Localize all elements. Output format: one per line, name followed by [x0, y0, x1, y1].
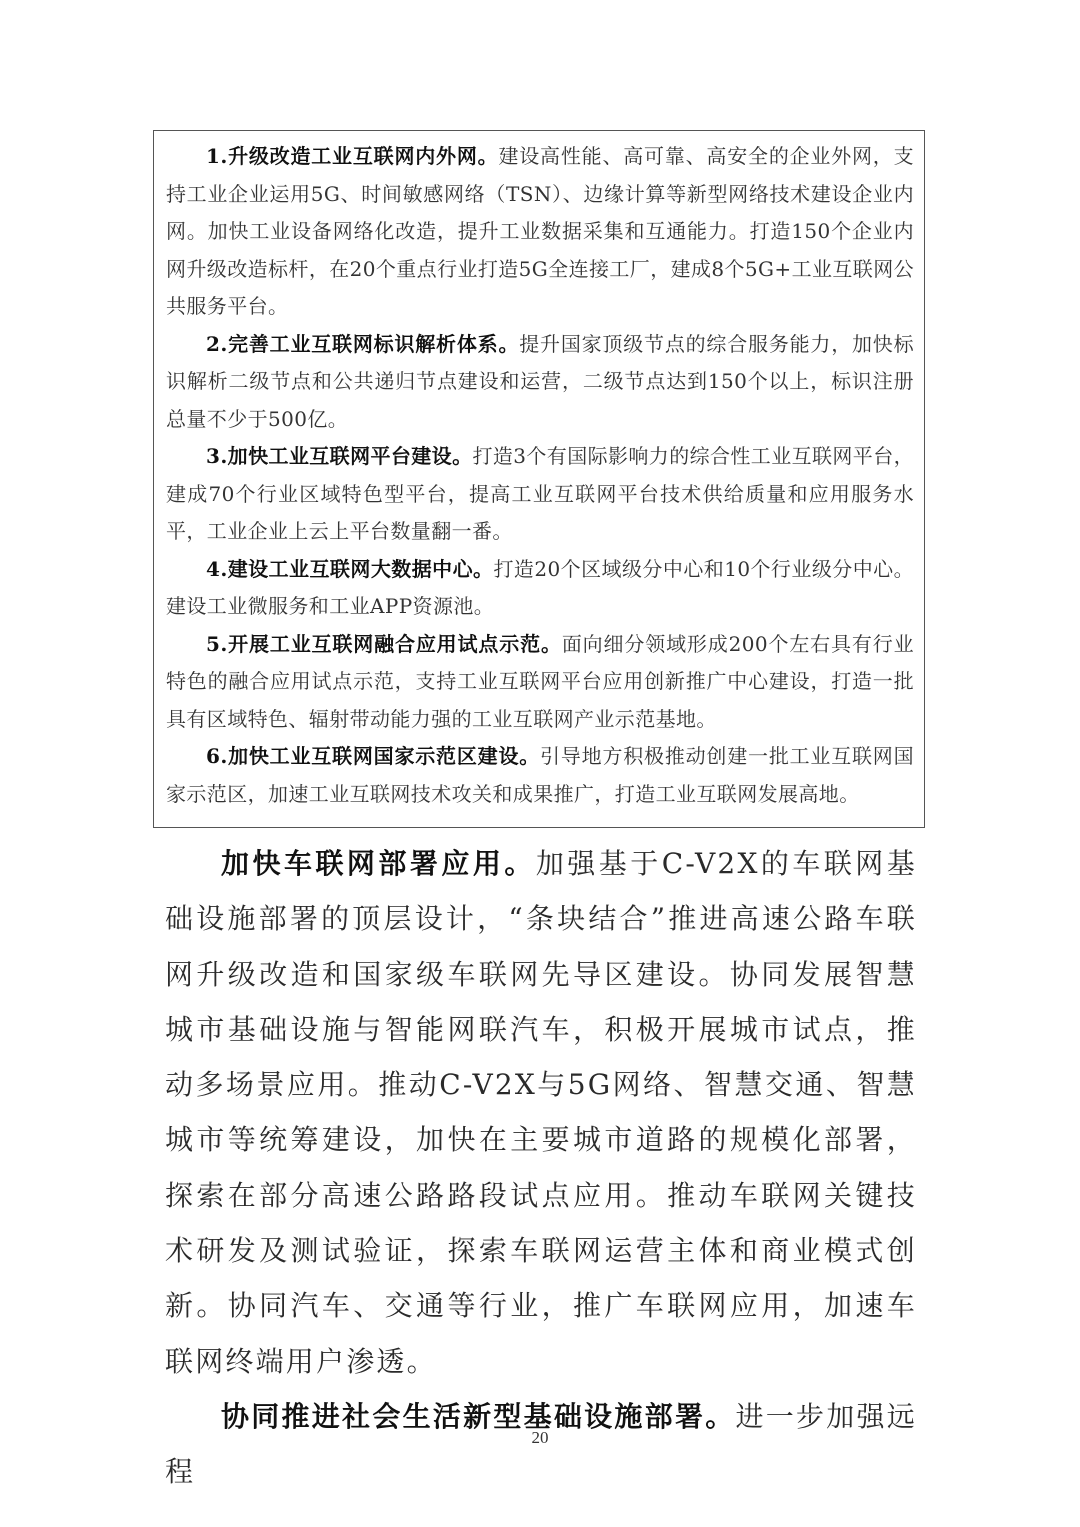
task-item-4-title: 4.建设工业互联网大数据中心。	[206, 557, 493, 581]
task-item-5-title: 5.开展工业互联网融合应用试点示范。	[206, 632, 562, 656]
paragraph-vehicle-network: 加快车联网部署应用。加强基于C-V2X的车联网基础设施部署的顶层设计，“条块结合…	[165, 836, 917, 1389]
task-item-1-title: 1.升级改造工业互联网内外网。	[206, 144, 498, 168]
body-text: 加快车联网部署应用。加强基于C-V2X的车联网基础设施部署的顶层设计，“条块结合…	[165, 836, 917, 1500]
task-item-2: 2.完善工业互联网标识解析体系。提升国家顶级节点的综合服务能力，加快标识解析二级…	[166, 326, 914, 439]
task-item-4: 4.建设工业互联网大数据中心。打造20个区域级分中心和10个行业级分中心。建设工…	[166, 551, 914, 626]
task-item-1-text: 建设高性能、高可靠、高安全的企业外网，支持工业企业运用5G、时间敏感网络（TSN…	[166, 144, 914, 318]
paragraph-vehicle-network-title: 加快车联网部署应用。	[221, 847, 536, 880]
task-item-3-title: 3.加快工业互联网平台建设。	[206, 444, 472, 468]
page-number: 20	[0, 1428, 1080, 1448]
task-item-1: 1.升级改造工业互联网内外网。建设高性能、高可靠、高安全的企业外网，支持工业企业…	[166, 138, 914, 326]
task-item-5: 5.开展工业互联网融合应用试点示范。面向细分领域形成200个左右具有行业特色的融…	[166, 626, 914, 739]
task-item-6-title: 6.加快工业互联网国家示范区建设。	[206, 744, 540, 768]
industrial-internet-task-box: 1.升级改造工业互联网内外网。建设高性能、高可靠、高安全的企业外网，支持工业企业…	[153, 130, 925, 828]
task-item-6: 6.加快工业互联网国家示范区建设。引导地方积极推动创建一批工业互联网国家示范区，…	[166, 738, 914, 813]
task-item-2-title: 2.完善工业互联网标识解析体系。	[206, 332, 519, 356]
paragraph-vehicle-network-text: 加强基于C-V2X的车联网基础设施部署的顶层设计，“条块结合”推进高速公路车联网…	[165, 847, 917, 1378]
task-item-3: 3.加快工业互联网平台建设。打造3个有国际影响力的综合性工业互联网平台，建成70…	[166, 438, 914, 551]
